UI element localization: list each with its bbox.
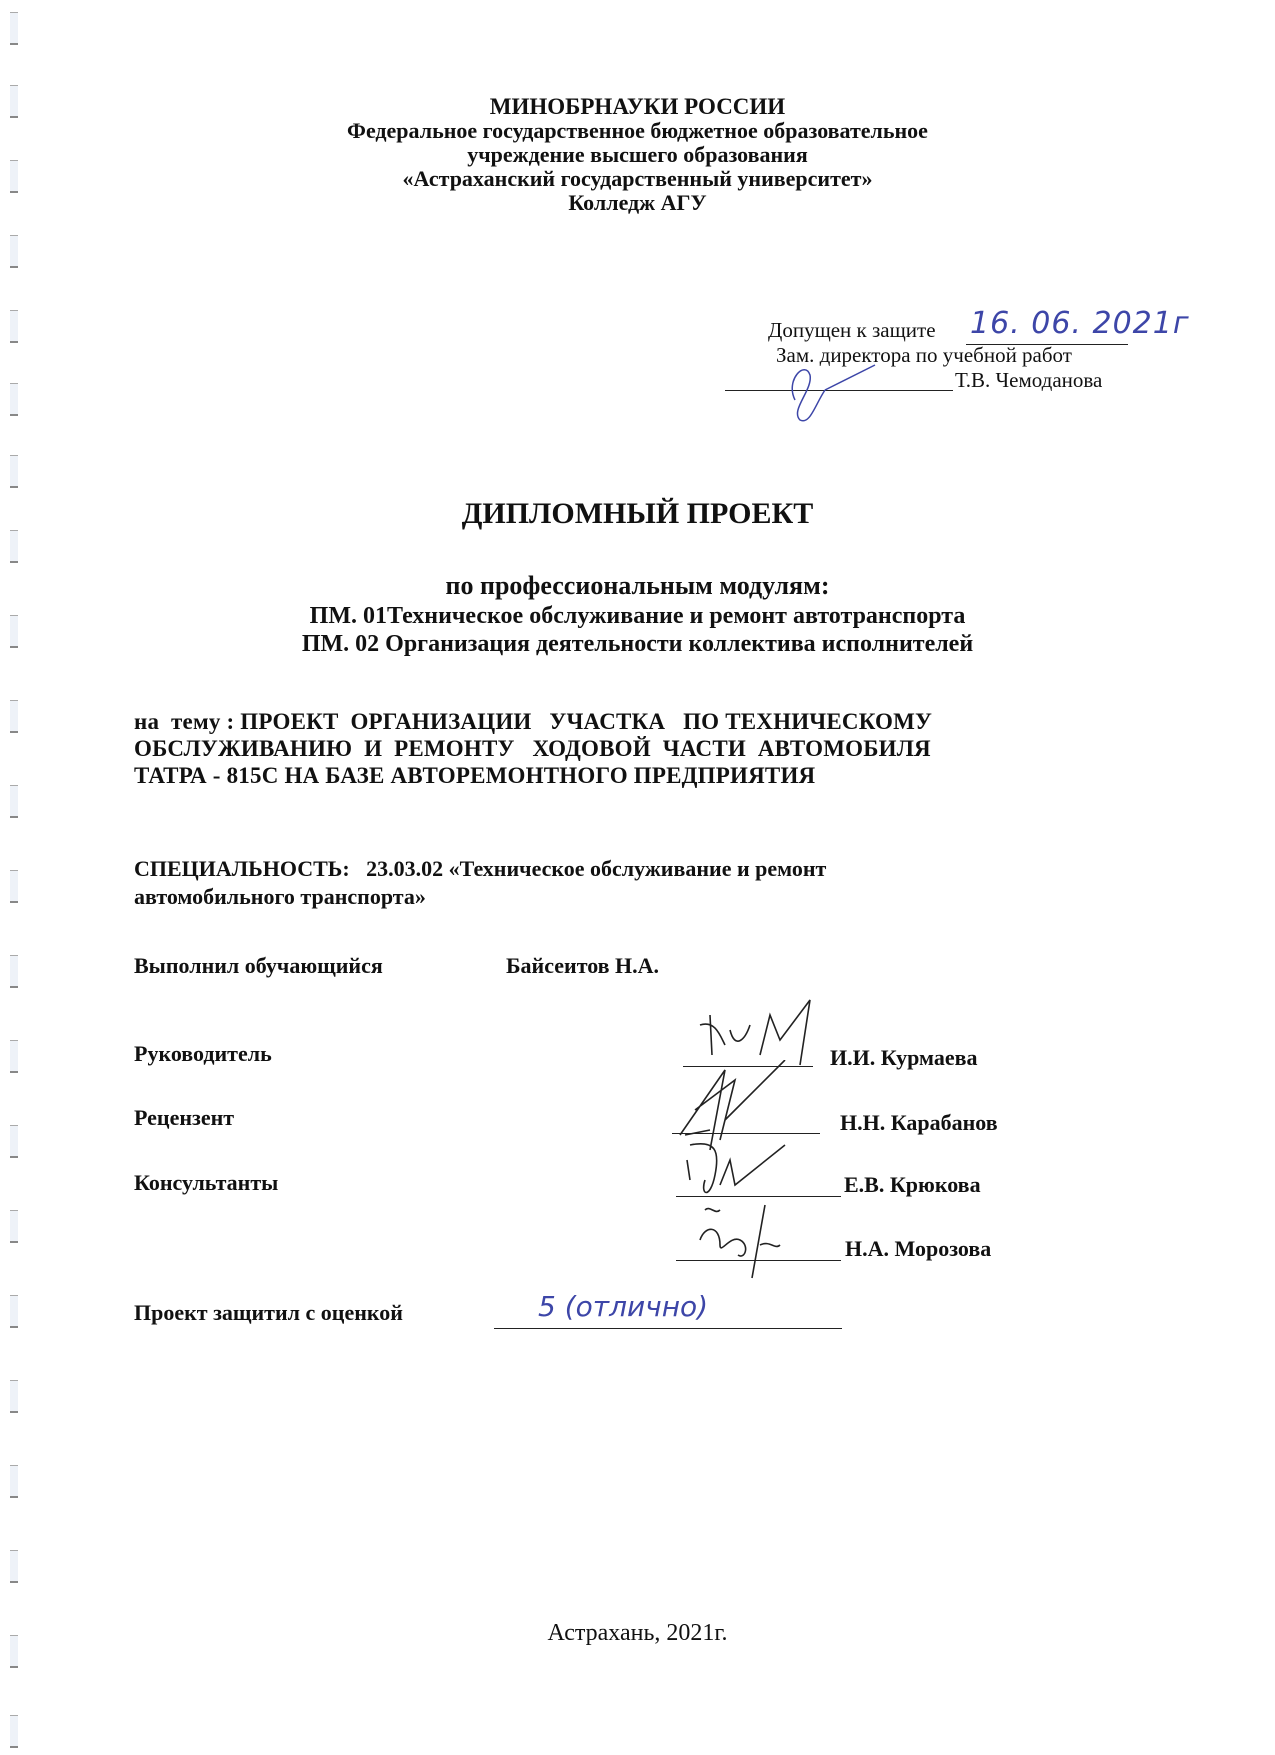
approver-signature-icon (755, 360, 895, 430)
university-name: «Астраханский государственный университе… (0, 167, 1275, 191)
binder-hole (10, 530, 18, 563)
binder-hole (10, 955, 18, 988)
supervisor-name: И.И. Курмаева (830, 1045, 978, 1071)
ministry: МИНОБРНАУКИ РОССИИ (0, 95, 1275, 119)
binder-hole (10, 1465, 18, 1498)
student-label: Выполнил обучающийся (134, 953, 383, 979)
module-pm01: ПМ. 01Техническое обслуживание и ремонт … (0, 602, 1275, 630)
binder-hole (10, 383, 18, 416)
binder-hole (10, 785, 18, 818)
consultants-role: Консультанты (134, 1170, 278, 1196)
binder-hole (10, 1125, 18, 1158)
binder-hole (10, 870, 18, 903)
reviewer-role: Рецензент (134, 1105, 234, 1131)
binder-hole (10, 1295, 18, 1328)
college-name: Колледж АГУ (0, 191, 1275, 215)
org-line-1: Федеральное государственное бюджетное об… (0, 119, 1275, 143)
binder-hole (10, 455, 18, 488)
consultant-1-name: Е.В. Крюкова (844, 1172, 981, 1198)
binder-hole (10, 1380, 18, 1413)
admitted-label: Допущен к защите (768, 318, 936, 343)
admitted-date-handwritten: 16. 06. 2021г (970, 306, 1190, 341)
specialty-block: СПЕЦИАЛЬНОСТЬ: 23.03.02 «Техническое обс… (134, 855, 826, 911)
topic-block: на тему : ПРОЕКТ ОРГАНИЗАЦИИ УЧАСТКА ПО … (134, 708, 1144, 789)
specialty-line-2: автомобильного транспорта» (134, 883, 826, 911)
approver-name: Т.В. Чемоданова (955, 368, 1102, 393)
module-pm02: ПМ. 02 Организация деятельности коллекти… (0, 630, 1275, 658)
institution-header: МИНОБРНАУКИ РОССИИ Федеральное государст… (0, 95, 1275, 215)
topic-line-2: ОБСЛУЖИВАНИЮ И РЕМОНТУ ХОДОВОЙ ЧАСТИ АВТ… (134, 735, 1144, 762)
binder-hole (10, 1715, 18, 1748)
binder-hole (10, 310, 18, 343)
binder-hole (10, 700, 18, 733)
binder-hole (10, 1550, 18, 1583)
binder-hole (10, 12, 18, 45)
city-year: Астрахань, 2021г. (0, 1620, 1275, 1647)
org-line-2: учреждение высшего образования (0, 143, 1275, 167)
topic-line-3: ТАТРА - 815С НА БАЗЕ АВТОРЕМОНТНОГО ПРЕД… (134, 762, 1144, 789)
supervisor-role: Руководитель (134, 1041, 272, 1067)
consultant-2-signature-icon (690, 1200, 800, 1280)
grade-line (494, 1328, 842, 1329)
grade-handwritten: 5 (отлично) (538, 1290, 708, 1323)
modules-block: по профессиональным модулям: ПМ. 01Техни… (0, 572, 1275, 658)
topic-line-1: на тему : ПРОЕКТ ОРГАНИЗАЦИИ УЧАСТКА ПО … (134, 708, 1144, 735)
document-title: ДИПЛОМНЫЙ ПРОЕКТ (0, 497, 1275, 531)
consultant-2-name: Н.А. Морозова (845, 1236, 991, 1262)
specialty-line-1: СПЕЦИАЛЬНОСТЬ: 23.03.02 «Техническое обс… (134, 855, 826, 883)
binder-hole (10, 1210, 18, 1243)
reviewer-name: Н.Н. Карабанов (840, 1110, 998, 1136)
modules-heading: по профессиональным модулям: (0, 572, 1275, 600)
binder-hole (10, 235, 18, 268)
student-name: Байсеитов Н.А. (506, 953, 659, 979)
binder-hole (10, 1040, 18, 1073)
grade-label: Проект защитил с оценкой (134, 1300, 403, 1326)
